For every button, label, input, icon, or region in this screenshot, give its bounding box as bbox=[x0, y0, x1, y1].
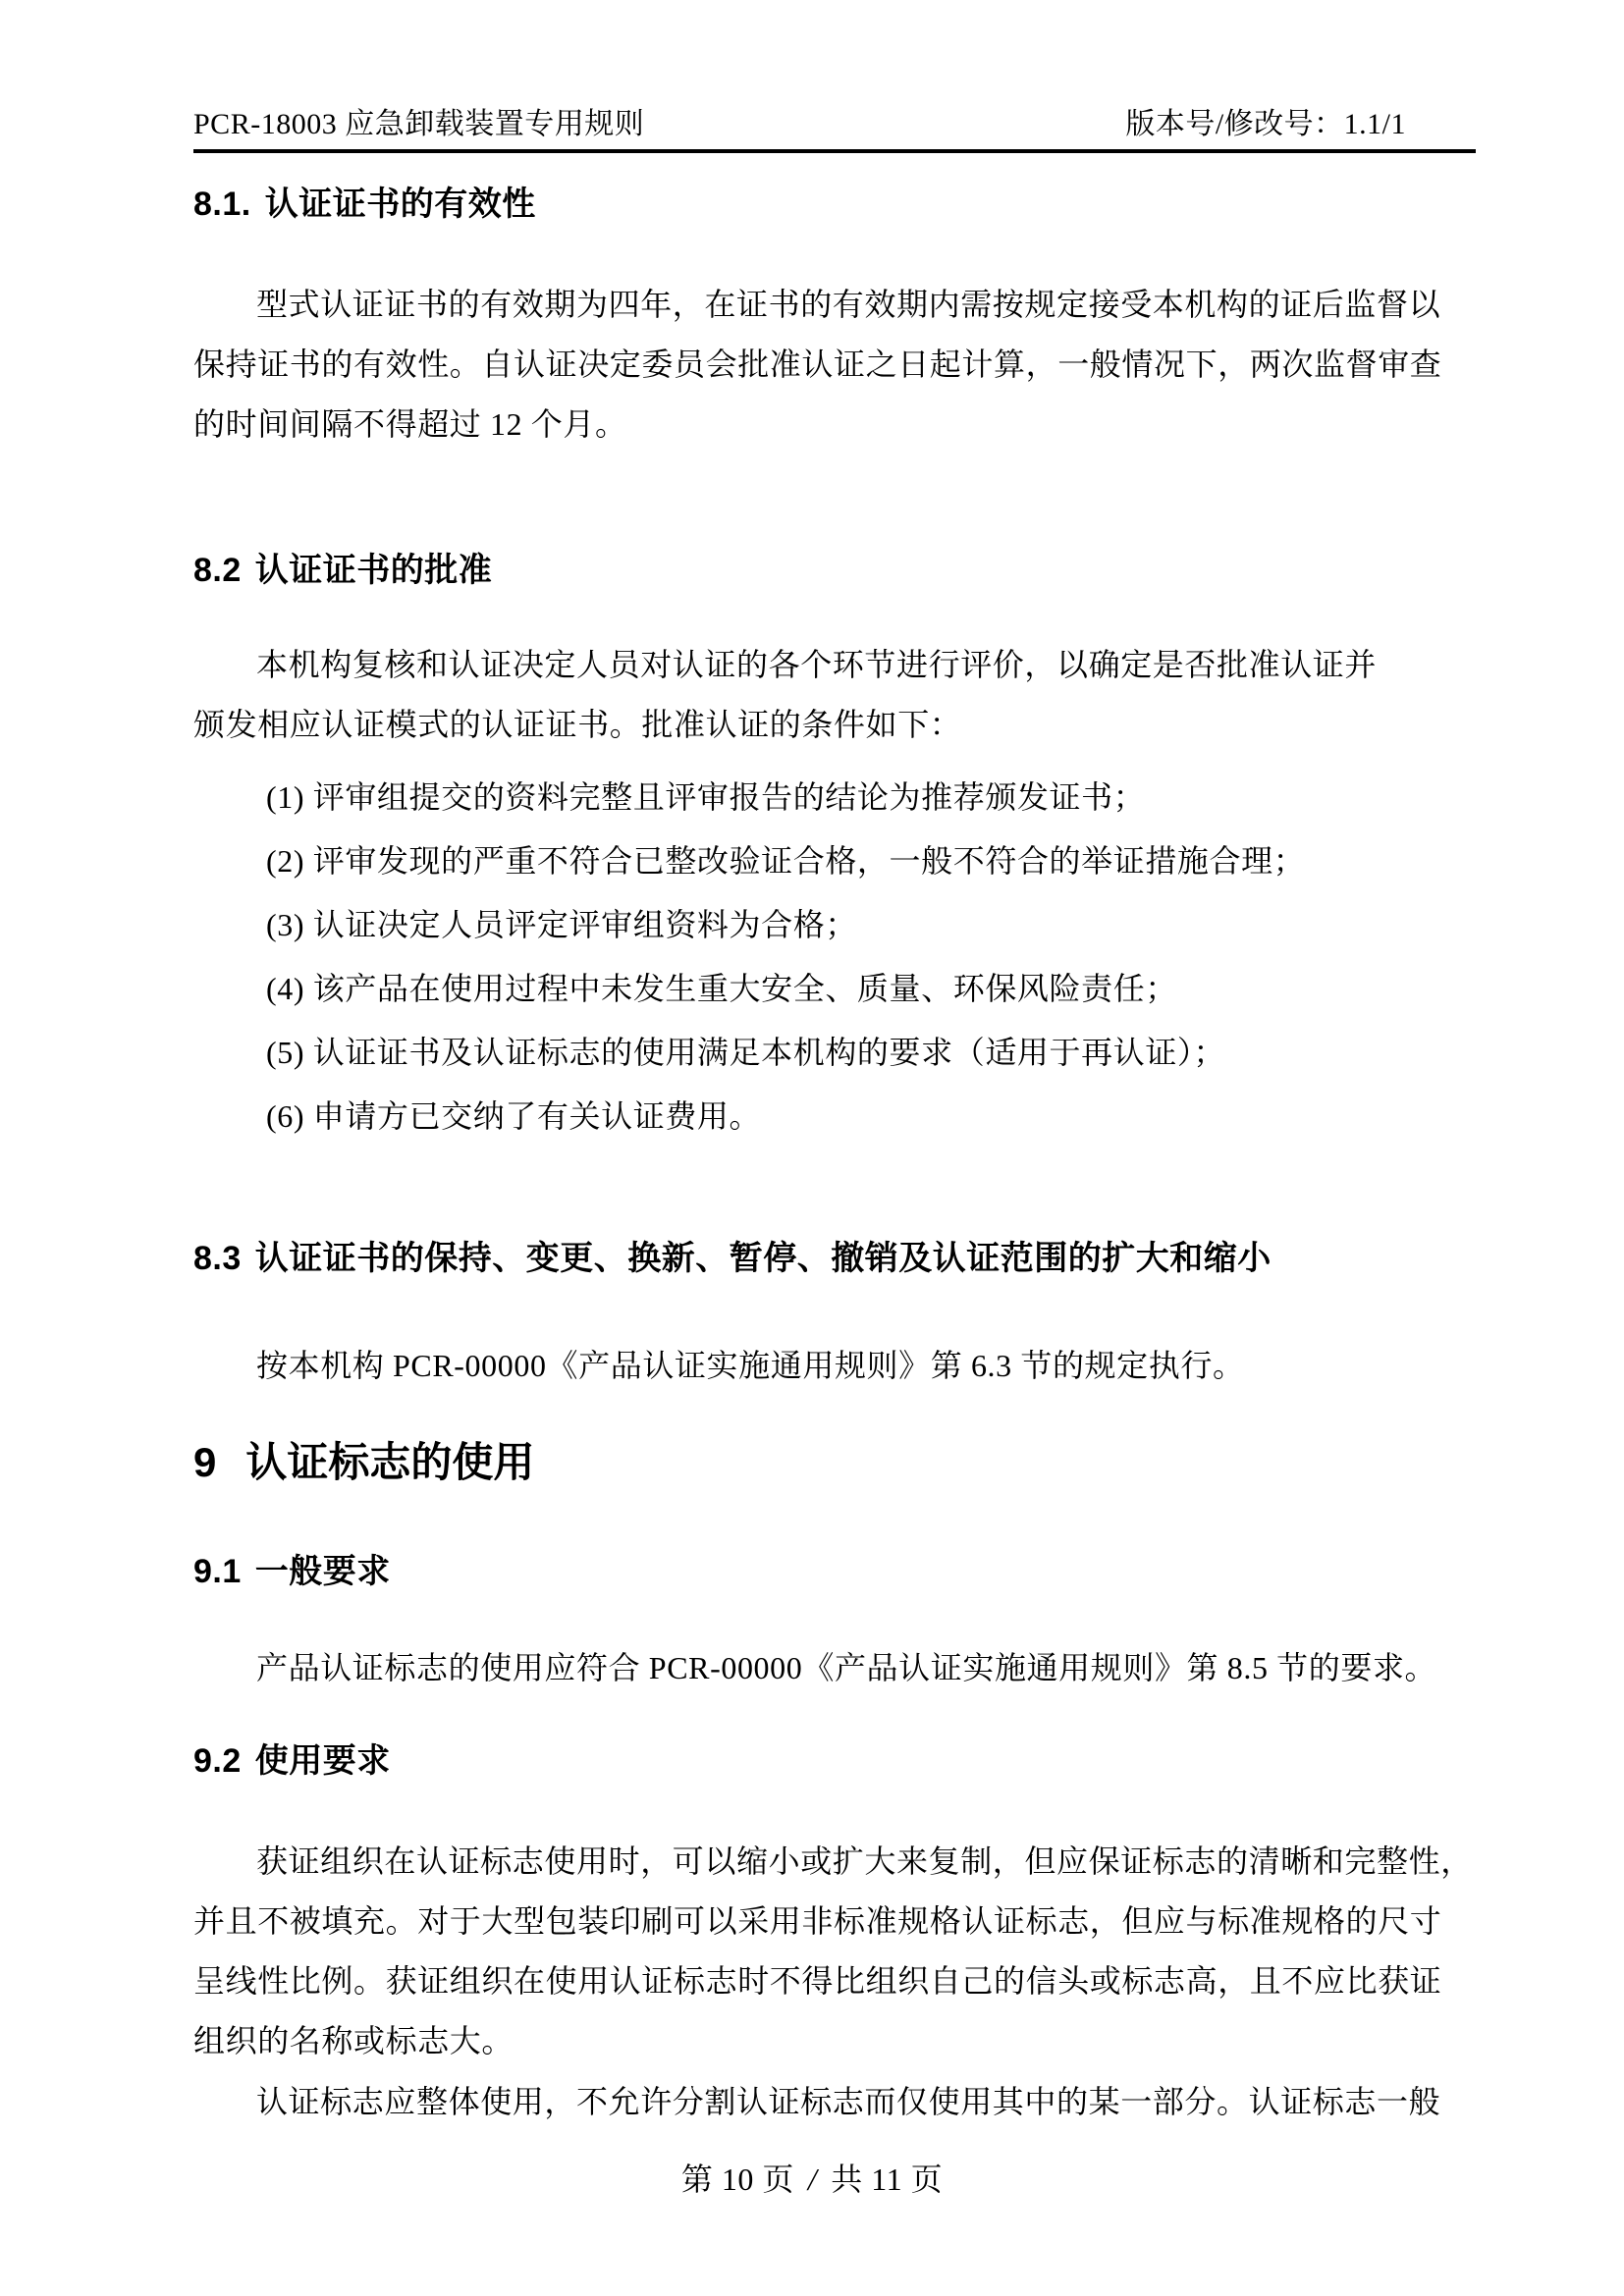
section-9-2-number: 9.2 bbox=[193, 1742, 242, 1780]
section-8-2-heading: 8.2认证证书的批准 bbox=[193, 549, 492, 592]
section-8-2-number: 8.2 bbox=[193, 552, 242, 589]
header-version-number: 版本号/修改号：1.1/1 bbox=[1125, 106, 1406, 143]
section-8-2-condition-list: (1) 评审组提交的资料完整且评审报告的结论为推荐颁发证书； (2) 评审发现的… bbox=[193, 766, 1480, 1148]
section-8-2-title: 认证证书的批准 bbox=[255, 552, 493, 589]
section-9-2-heading: 9.2使用要求 bbox=[193, 1739, 391, 1783]
section-8-3-heading: 8.3认证证书的保持、变更、换新、暂停、撤销及认证范围的扩大和缩小 bbox=[193, 1237, 1272, 1280]
section-9-title: 认证标志的使用 bbox=[245, 1439, 534, 1485]
section-8-3-number: 8.3 bbox=[193, 1240, 242, 1277]
paragraph-line: 保持证书的有效性。自认证决定委员会批准认证之日起计算，一般情况下，两次监督审查 bbox=[193, 335, 1480, 395]
section-8-1-number: 8.1. bbox=[193, 186, 251, 223]
footer-total-pages: 共 11 页 bbox=[831, 2162, 943, 2197]
section-8-1-paragraph: 型式认证证书的有效期为四年，在证书的有效期内需按规定接受本机构的证后监督以 保持… bbox=[193, 275, 1480, 454]
paragraph-line: 呈线性比例。获证组织在使用认证标志时不得比组织自己的信头或标志高，且不应比获证 bbox=[193, 1951, 1480, 2011]
paragraph-line: 组织的名称或标志大。 bbox=[193, 2011, 1480, 2071]
section-9-2-paragraph-2: 认证标志应整体使用，不允许分割认证标志而仅使用其中的某一部分。认证标志一般 bbox=[193, 2072, 1480, 2132]
document-page: PCR-18003 应急卸载装置专用规则 版本号/修改号：1.1/1 8.1.认… bbox=[0, 0, 1624, 2296]
paragraph-line: 产品认证标志的使用应符合 PCR-00000《产品认证实施通用规则》第 8.5 … bbox=[193, 1638, 1480, 1698]
section-9-2-title: 使用要求 bbox=[255, 1742, 391, 1780]
section-9-1-paragraph: 产品认证标志的使用应符合 PCR-00000《产品认证实施通用规则》第 8.5 … bbox=[193, 1638, 1480, 1698]
section-8-1-heading: 8.1.认证证书的有效性 bbox=[193, 183, 536, 226]
section-9-1-heading: 9.1一般要求 bbox=[193, 1550, 391, 1593]
paragraph-line: 并且不被填充。对于大型包装印刷可以采用非标准规格认证标志，但应与标准规格的尺寸 bbox=[193, 1892, 1480, 1951]
section-8-1-title: 认证证书的有效性 bbox=[265, 186, 536, 223]
paragraph-line: 认证标志应整体使用，不允许分割认证标志而仅使用其中的某一部分。认证标志一般 bbox=[193, 2072, 1480, 2132]
section-9-heading: 9认证标志的使用 bbox=[193, 1435, 534, 1490]
list-item: (5) 认证证书及认证标志的使用满足本机构的要求（适用于再认证）； bbox=[193, 1021, 1480, 1085]
list-item: (1) 评审组提交的资料完整且评审报告的结论为推荐颁发证书； bbox=[193, 766, 1480, 829]
paragraph-line: 颁发相应认证模式的认证证书。批准认证的条件如下： bbox=[193, 695, 1480, 755]
section-9-2-paragraph-1: 获证组织在认证标志使用时，可以缩小或扩大来复制，但应保证标志的清晰和完整性， 并… bbox=[193, 1832, 1480, 2071]
list-item: (6) 申请方已交纳了有关认证费用。 bbox=[193, 1085, 1480, 1148]
list-item: (2) 评审发现的严重不符合已整改验证合格，一般不符合的举证措施合理； bbox=[193, 829, 1480, 893]
paragraph-line: 的时间间隔不得超过 12 个月。 bbox=[193, 395, 1480, 454]
paragraph-line: 获证组织在认证标志使用时，可以缩小或扩大来复制，但应保证标志的清晰和完整性， bbox=[193, 1832, 1480, 1892]
section-9-number: 9 bbox=[193, 1439, 216, 1485]
page-number-footer: 第 10 页/共 11 页 bbox=[0, 2160, 1624, 2199]
list-item: (4) 该产品在使用过程中未发生重大安全、质量、环保风险责任； bbox=[193, 957, 1480, 1021]
section-8-3-title: 认证证书的保持、变更、换新、暂停、撤销及认证范围的扩大和缩小 bbox=[255, 1240, 1272, 1277]
section-8-2-paragraph: 本机构复核和认证决定人员对认证的各个环节进行评价，以确定是否批准认证并 颁发相应… bbox=[193, 635, 1480, 755]
section-9-1-number: 9.1 bbox=[193, 1553, 242, 1590]
list-item: (3) 认证决定人员评定评审组资料为合格； bbox=[193, 893, 1480, 957]
paragraph-line: 型式认证证书的有效期为四年，在证书的有效期内需按规定接受本机构的证后监督以 bbox=[193, 275, 1480, 335]
header-divider-rule bbox=[193, 149, 1476, 153]
section-9-1-title: 一般要求 bbox=[255, 1553, 391, 1590]
paragraph-line: 本机构复核和认证决定人员对认证的各个环节进行评价，以确定是否批准认证并 bbox=[193, 635, 1480, 695]
header-document-title: PCR-18003 应急卸载装置专用规则 bbox=[193, 106, 644, 143]
footer-current-page: 第 10 页 bbox=[681, 2162, 794, 2197]
footer-separator: / bbox=[808, 2162, 817, 2197]
section-8-3-paragraph: 按本机构 PCR-00000《产品认证实施通用规则》第 6.3 节的规定执行。 bbox=[193, 1336, 1480, 1396]
paragraph-line: 按本机构 PCR-00000《产品认证实施通用规则》第 6.3 节的规定执行。 bbox=[193, 1336, 1480, 1396]
